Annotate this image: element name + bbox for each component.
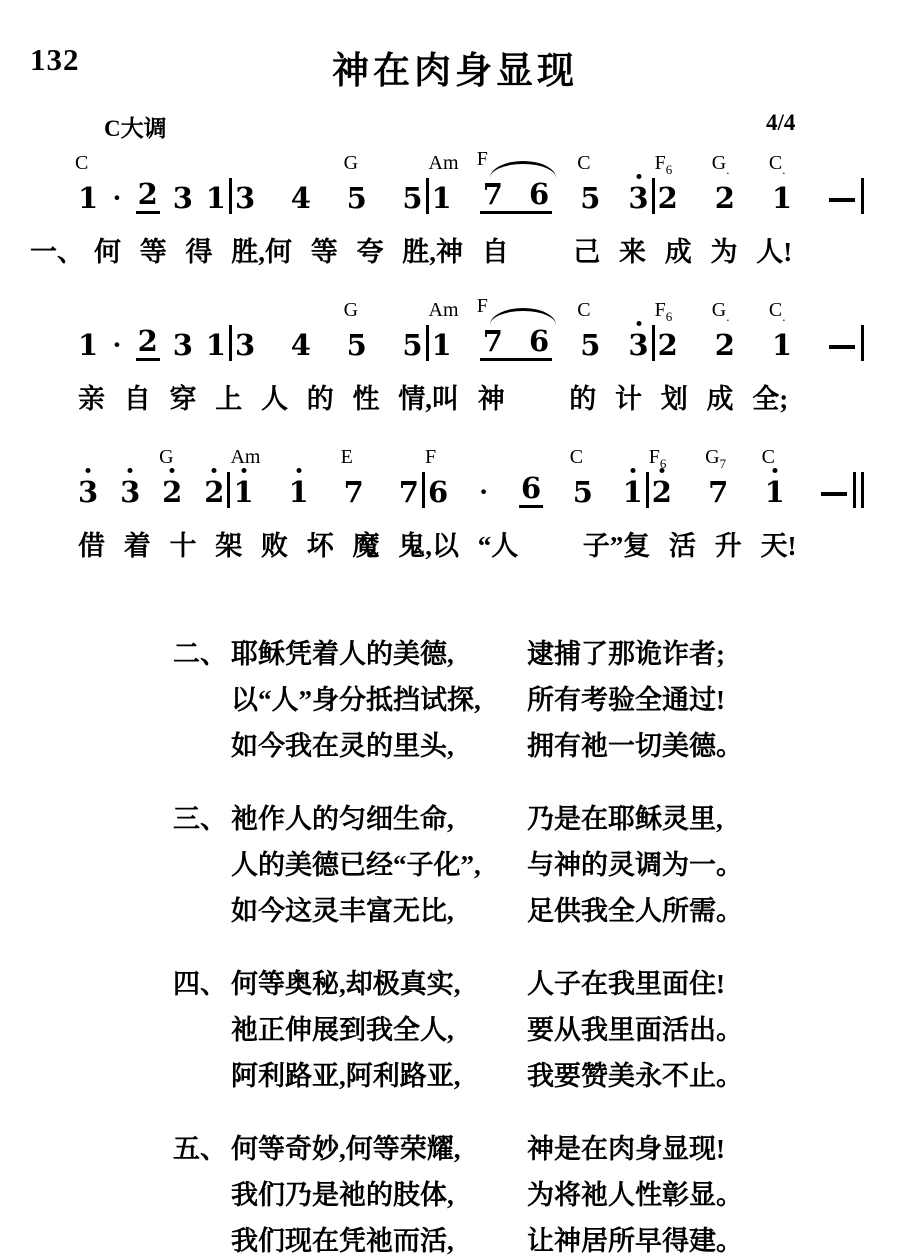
- note: G5: [347, 183, 367, 214]
- verse-line-right: 与神的灵调为一。: [527, 842, 910, 888]
- melody-row: C1·23134G55Am1F76C53F62G.2C.1: [78, 146, 864, 214]
- verse-line-right: 足供我全人所需。: [527, 888, 910, 934]
- octave-dot: [296, 468, 301, 473]
- barline: [229, 325, 232, 361]
- dash-note: [829, 345, 855, 349]
- dash-note: [821, 492, 847, 496]
- measure: C1·231: [78, 179, 226, 214]
- note: 7: [483, 179, 503, 210]
- note-digit: 7: [708, 477, 728, 508]
- sheet-music-page: { "page": { "number": "132", "title": "神…: [0, 0, 910, 1260]
- chord-suffix: .: [726, 309, 729, 324]
- note-digit: 1: [765, 477, 785, 508]
- octave-dot: [170, 468, 175, 473]
- note: 6: [529, 179, 549, 210]
- note: Am1: [432, 330, 452, 361]
- note: 1: [289, 477, 309, 508]
- note-digit: 6: [519, 473, 543, 508]
- chord-label: F: [425, 447, 436, 467]
- note: Am1: [432, 183, 452, 214]
- note: F62: [658, 183, 678, 214]
- verse-line-left: 阿利路亚,阿利路亚,: [231, 1053, 527, 1099]
- note-digit: 1: [206, 183, 226, 214]
- final-barline: [861, 178, 864, 214]
- note-digit: 2: [162, 477, 182, 508]
- measure: Am1F76C53: [432, 179, 649, 214]
- chord-suffix: .: [782, 309, 785, 324]
- note-digit: 2: [204, 477, 224, 508]
- measure: Am11E77: [233, 477, 419, 508]
- note-digit: 5: [580, 330, 600, 361]
- chord-label: G: [344, 153, 358, 173]
- note: C5: [580, 330, 600, 361]
- measure: 34G55: [235, 330, 423, 361]
- note-digit: 3: [120, 477, 140, 508]
- note-digit: 5: [402, 183, 422, 214]
- chord-label: G.: [712, 153, 730, 180]
- note: 6: [519, 473, 543, 508]
- note: C1: [765, 477, 785, 508]
- chord-label: E: [341, 447, 353, 467]
- chord-label: C: [577, 300, 590, 320]
- verse-line-right: 让神居所早得建。: [527, 1218, 910, 1260]
- chord-suffix: 6: [666, 309, 673, 324]
- note: 3: [235, 183, 255, 214]
- note-digit: 1: [78, 330, 98, 361]
- barline: [646, 472, 649, 508]
- note: 1: [78, 330, 98, 361]
- chord-label: C: [762, 447, 775, 467]
- note-digit: 7: [483, 326, 503, 357]
- measure: F6·6C51: [428, 473, 643, 508]
- barline: [426, 178, 429, 214]
- note: G2: [162, 477, 182, 508]
- note: 4: [291, 330, 311, 361]
- verse-line-right: 拥有祂一切美德。: [527, 723, 910, 769]
- verse-line-right: 所有考验全通过!: [527, 677, 910, 723]
- lyric-line: 亲 自 穿 上 人 的 性 情,叫 神 的 计 划 成 全;: [78, 377, 910, 416]
- chord-suffix: 6: [666, 162, 673, 177]
- note: C5: [573, 477, 593, 508]
- note: 7: [483, 326, 503, 357]
- verse-label: [173, 677, 231, 723]
- verse-line-left: 人的美德已经“子化”,: [231, 842, 527, 888]
- note-digit: 1: [772, 330, 792, 361]
- chord-label: F: [477, 149, 488, 169]
- note: E7: [344, 477, 364, 508]
- chord-label: G: [159, 447, 173, 467]
- double-barline: [853, 472, 864, 508]
- note-digit: 1: [623, 477, 643, 508]
- time-signature: 4/4: [766, 110, 795, 136]
- dot-separator: ·: [112, 330, 122, 361]
- verse-line-left: 如今这灵丰富无比,: [231, 888, 527, 934]
- melody-row: 1·23134G55Am1F76C53F62G.2C.1: [78, 293, 864, 361]
- note: C.1: [772, 330, 792, 361]
- octave-dot: [659, 468, 664, 473]
- lyric-line: 一、何 等 得 胜,何 等 夸 胜,神 自 己 来 成 为 人!: [30, 230, 910, 269]
- note: 3: [628, 330, 648, 361]
- barline: [861, 178, 864, 214]
- note-digit: 1: [206, 330, 226, 361]
- measure: 33G22: [78, 477, 224, 508]
- octave-dot: [636, 174, 641, 179]
- note: 3: [78, 477, 98, 508]
- verse-label: [173, 888, 231, 934]
- note-pair: F76: [480, 326, 552, 361]
- note-digit: 7: [399, 477, 419, 508]
- chord-label: Am: [230, 447, 260, 467]
- music-system: 33G22Am11E77F6·6C51F62G77C1借 着 十 架 败 坏 魔…: [0, 440, 910, 563]
- chord-label: C.: [769, 153, 786, 180]
- note: C1: [78, 183, 98, 214]
- note: 1: [623, 477, 643, 508]
- note-digit: 6: [529, 326, 549, 357]
- barline: [861, 472, 864, 508]
- barline: [227, 472, 230, 508]
- octave-dot: [86, 468, 91, 473]
- final-barline: [861, 325, 864, 361]
- chord-suffix: .: [726, 162, 729, 177]
- note-pair-group: 76: [480, 179, 552, 214]
- verse-line-right: 乃是在耶稣灵里,: [527, 796, 910, 842]
- note-digit: 2: [136, 179, 160, 214]
- note-digit: 3: [235, 183, 255, 214]
- chord-label: F6: [655, 300, 673, 327]
- octave-dot: [212, 468, 217, 473]
- note: 3: [173, 183, 193, 214]
- measure: F62G.2C.1: [658, 183, 855, 214]
- barline: [861, 325, 864, 361]
- note-digit: 1: [233, 477, 253, 508]
- octave-dot: [241, 468, 246, 473]
- note-digit: 5: [580, 183, 600, 214]
- verse-line-right: 逮捕了那诡诈者;: [527, 631, 910, 677]
- note-digit: 1: [289, 477, 309, 508]
- melody-row: 33G22Am11E77F6·6C51F62G77C1: [78, 440, 864, 508]
- note: G5: [347, 330, 367, 361]
- octave-dot: [636, 321, 641, 326]
- verse: 二、耶稣凭着人的美德,逮捕了那诡诈者;以“人”身分抵挡试探,所有考验全通过!如今…: [173, 631, 910, 769]
- note-digit: 1: [432, 330, 452, 361]
- note: F62: [658, 330, 678, 361]
- note: F6: [428, 477, 448, 508]
- verse-label: [173, 1053, 231, 1099]
- note-digit: 3: [173, 183, 193, 214]
- page-number: 132: [30, 42, 80, 78]
- note: G.2: [715, 183, 735, 214]
- dot-separator: ·: [112, 183, 122, 214]
- verse-line-left: 如今我在灵的里头,: [231, 723, 527, 769]
- note: 1: [206, 330, 226, 361]
- note-digit: 3: [628, 183, 648, 214]
- verse-label: 三、: [173, 796, 231, 842]
- note-pair-group: 76: [480, 326, 552, 361]
- note-digit: 2: [658, 330, 678, 361]
- note: 2: [136, 179, 160, 214]
- note: F62: [652, 477, 672, 508]
- note-digit: 5: [573, 477, 593, 508]
- chord-suffix: .: [782, 162, 785, 177]
- barline: [426, 325, 429, 361]
- measure: 1·231: [78, 326, 226, 361]
- verse-label: [173, 1007, 231, 1053]
- chord-label: G.: [712, 300, 730, 327]
- note-digit: 3: [78, 477, 98, 508]
- note: C.1: [772, 183, 792, 214]
- note: Am1: [233, 477, 253, 508]
- octave-dot: [128, 468, 133, 473]
- measure: Am1F76C53: [432, 326, 649, 361]
- barline: [229, 178, 232, 214]
- page-header: 132 神在肉身显现: [0, 40, 910, 100]
- slur-arc: [490, 308, 556, 325]
- chord-label: C: [577, 153, 590, 173]
- note-digit: 5: [347, 183, 367, 214]
- measure: F62G77C1: [652, 477, 847, 508]
- note-digit: 2: [658, 183, 678, 214]
- note-digit: 7: [344, 477, 364, 508]
- note-digit: 1: [772, 183, 792, 214]
- note-digit: 2: [715, 330, 735, 361]
- verse-line-left: 何等奇妙,何等荣耀,: [231, 1126, 527, 1172]
- note-digit: 6: [529, 179, 549, 210]
- note: 6: [529, 326, 549, 357]
- verses-section: 二、耶稣凭着人的美德,逮捕了那诡诈者;以“人”身分抵挡试探,所有考验全通过!如今…: [173, 631, 910, 1260]
- verse-line-left: 祂正伸展到我全人,: [231, 1007, 527, 1053]
- verse-line-right: 为将祂人性彰显。: [527, 1172, 910, 1218]
- note-pair: F76: [480, 179, 552, 214]
- verse-line-left: 何等奥秘,却极真实,: [231, 961, 527, 1007]
- note: 7: [399, 477, 419, 508]
- chord-label: C: [570, 447, 583, 467]
- verse-line-left: 祂作人的匀细生命,: [231, 796, 527, 842]
- barline: [853, 472, 856, 508]
- note: 5: [402, 330, 422, 361]
- barline: [652, 178, 655, 214]
- note-digit: 4: [291, 183, 311, 214]
- verse-label: [173, 842, 231, 888]
- slur-arc: [490, 161, 556, 178]
- note-digit: 3: [173, 330, 193, 361]
- note-digit: 5: [402, 330, 422, 361]
- verse-line-left: 我们乃是祂的肢体,: [231, 1172, 527, 1218]
- chord-label: Am: [429, 153, 459, 173]
- note-digit: 5: [347, 330, 367, 361]
- note-digit: 1: [78, 183, 98, 214]
- chord-label: C: [75, 153, 88, 173]
- verse-label: [173, 1172, 231, 1218]
- music-system: C1·23134G55Am1F76C53F62G.2C.1一、何 等 得 胜,何…: [0, 146, 910, 269]
- verse-line-right: 要从我里面活出。: [527, 1007, 910, 1053]
- verse: 三、祂作人的匀细生命,乃是在耶稣灵里,人的美德已经“子化”,与神的灵调为一。如今…: [173, 796, 910, 934]
- verse-label: 四、: [173, 961, 231, 1007]
- note: 3: [628, 183, 648, 214]
- note: 2: [136, 326, 160, 361]
- note: 1: [206, 183, 226, 214]
- barline: [422, 472, 425, 508]
- octave-dot: [630, 468, 635, 473]
- note: C5: [580, 183, 600, 214]
- key-signature: C大调: [104, 110, 167, 143]
- note: G77: [708, 477, 728, 508]
- chord-suffix: 7: [720, 456, 727, 471]
- note-digit: 2: [136, 326, 160, 361]
- note: 3: [235, 330, 255, 361]
- verse-line-right: 神是在肉身显现!: [527, 1126, 910, 1172]
- verse-number-label: 一、: [30, 237, 84, 267]
- verse-line-right: 人子在我里面住!: [527, 961, 910, 1007]
- chord-label: F: [477, 296, 488, 316]
- measure: 34G55: [235, 183, 423, 214]
- note: 2: [204, 477, 224, 508]
- octave-dot: [772, 468, 777, 473]
- verse-line-left: 以“人”身分抵挡试探,: [231, 677, 527, 723]
- note-digit: 4: [291, 330, 311, 361]
- note: 3: [120, 477, 140, 508]
- chord-label: G: [344, 300, 358, 320]
- verse-label: 五、: [173, 1126, 231, 1172]
- note-digit: 2: [715, 183, 735, 214]
- lyric-line: 借 着 十 架 败 坏 魔 鬼,以 “人 子”复 活 升 天!: [78, 524, 910, 563]
- dot-separator: ·: [479, 477, 489, 508]
- verse-label: 二、: [173, 631, 231, 677]
- note-digit: 7: [483, 179, 503, 210]
- chord-label: F6: [655, 153, 673, 180]
- note-digit: 3: [235, 330, 255, 361]
- note: 5: [402, 183, 422, 214]
- verse: 五、何等奇妙,何等荣耀,神是在肉身显现!我们乃是祂的肢体,为将祂人性彰显。我们现…: [173, 1126, 910, 1260]
- music-notation: C1·23134G55Am1F76C53F62G.2C.1一、何 等 得 胜,何…: [0, 146, 910, 563]
- page-title: 神在肉身显现: [0, 40, 910, 94]
- measure: F62G.2C.1: [658, 330, 855, 361]
- verse-line-left: 我们现在凭祂而活,: [231, 1218, 527, 1260]
- barline: [652, 325, 655, 361]
- key-time-row: C大调 4/4: [0, 110, 910, 144]
- music-system: 1·23134G55Am1F76C53F62G.2C.1亲 自 穿 上 人 的 …: [0, 293, 910, 416]
- dash-note: [829, 198, 855, 202]
- chord-label: G7: [705, 447, 726, 474]
- verse-label: [173, 1218, 231, 1260]
- note: G.2: [715, 330, 735, 361]
- verse-line-right: 我要赞美永不止。: [527, 1053, 910, 1099]
- note-digit: 1: [432, 183, 452, 214]
- chord-label: Am: [429, 300, 459, 320]
- note-digit: 2: [652, 477, 672, 508]
- chord-label: C.: [769, 300, 786, 327]
- verse: 四、何等奥秘,却极真实,人子在我里面住!祂正伸展到我全人,要从我里面活出。阿利路…: [173, 961, 910, 1099]
- note: 3: [173, 330, 193, 361]
- note-digit: 3: [628, 330, 648, 361]
- verse-label: [173, 723, 231, 769]
- note-digit: 6: [428, 477, 448, 508]
- verse-line-left: 耶稣凭着人的美德,: [231, 631, 527, 677]
- note: 4: [291, 183, 311, 214]
